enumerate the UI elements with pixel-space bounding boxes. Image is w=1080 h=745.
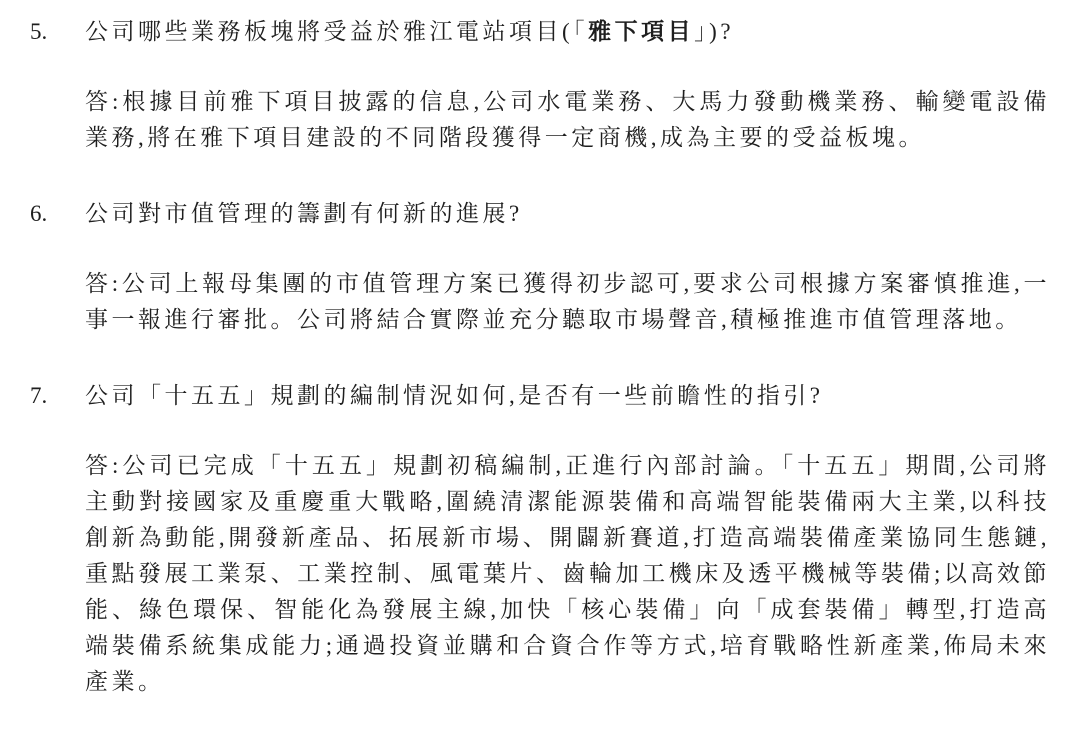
- question-bold-term: 雅下項目: [588, 19, 694, 44]
- answer-text: 答:公司已完成「十五五」規劃初稿編制,正進行內部討論。「十五五」期間,公司將主動…: [85, 448, 1050, 700]
- qa-item-6: 6. 公司對市值管理的籌劃有何新的進展? 答:公司上報母集團的市值管理方案已獲得…: [30, 196, 1050, 338]
- question-text: 公司哪些業務板塊將受益於雅江電站項目(「雅下項目」)?: [85, 14, 1050, 50]
- question-number: 6.: [30, 196, 85, 232]
- qa-item-5: 5. 公司哪些業務板塊將受益於雅江電站項目(「雅下項目」)? 答:根據目前雅下項…: [30, 14, 1050, 156]
- question-text-part: 」)?: [694, 19, 734, 44]
- question-text: 公司「十五五」規劃的編制情況如何,是否有一些前瞻性的指引?: [85, 378, 1050, 414]
- question-text: 公司對市值管理的籌劃有何新的進展?: [85, 196, 1050, 232]
- answer-text: 答:根據目前雅下項目披露的信息,公司水電業務、大馬力發動機業務、輸變電設備業務,…: [85, 84, 1050, 156]
- question-text-part: 公司對市值管理的籌劃有何新的進展?: [85, 201, 523, 226]
- qa-content: 公司哪些業務板塊將受益於雅江電站項目(「雅下項目」)? 答:根據目前雅下項目披露…: [85, 14, 1050, 156]
- question-text-part: 公司哪些業務板塊將受益於雅江電站項目(「: [85, 19, 588, 44]
- qa-document-page: 5. 公司哪些業務板塊將受益於雅江電站項目(「雅下項目」)? 答:根據目前雅下項…: [0, 0, 1080, 745]
- question-number: 7.: [30, 378, 85, 414]
- answer-text: 答:公司上報母集團的市值管理方案已獲得初步認可,要求公司根據方案審慎推進,一事一…: [85, 266, 1050, 338]
- question-number: 5.: [30, 14, 85, 50]
- question-text-part: 公司「十五五」規劃的編制情況如何,是否有一些前瞻性的指引?: [85, 383, 823, 408]
- qa-content: 公司「十五五」規劃的編制情況如何,是否有一些前瞻性的指引? 答:公司已完成「十五…: [85, 378, 1050, 700]
- qa-item-7: 7. 公司「十五五」規劃的編制情況如何,是否有一些前瞻性的指引? 答:公司已完成…: [30, 378, 1050, 700]
- qa-content: 公司對市值管理的籌劃有何新的進展? 答:公司上報母集團的市值管理方案已獲得初步認…: [85, 196, 1050, 338]
